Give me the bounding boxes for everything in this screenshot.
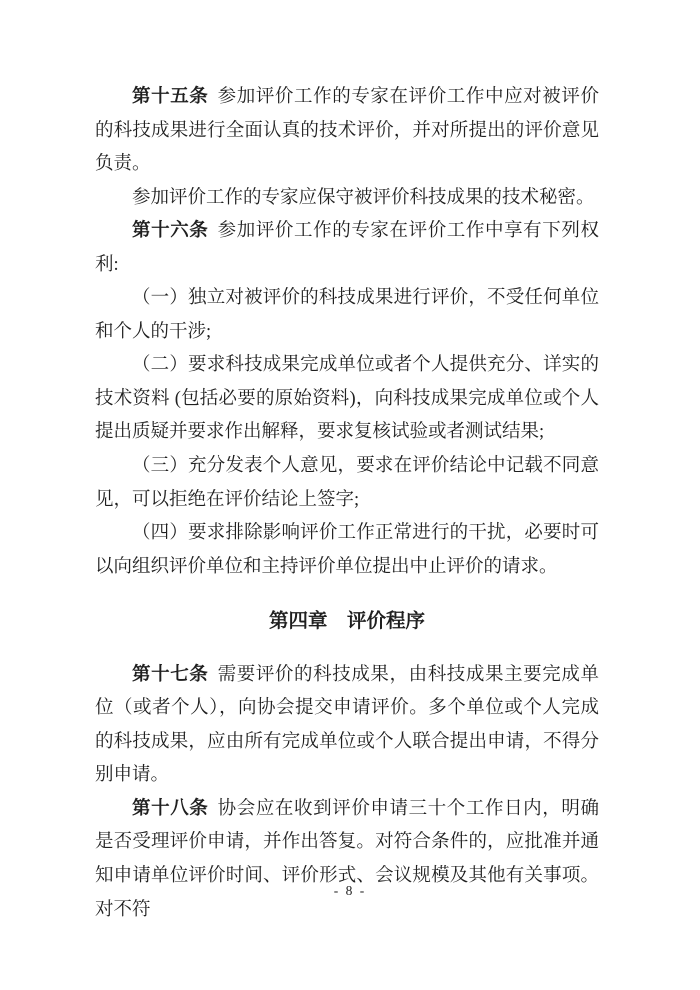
paragraph-item-4: （四）要求排除影响评价工作正常进行的干扰，必要时可以向组织评价单位和主持评价单位… bbox=[95, 517, 599, 584]
paragraph-article-16: 第十六条参加评价工作的专家在评价工作中享有下列权利: bbox=[95, 215, 599, 282]
chapter-heading: 第四章 评价程序 bbox=[95, 605, 599, 639]
paragraph-article-18: 第十八条协会应在收到评价申请三十个工作日内，明确是否受理评价申请，并作出答复。对… bbox=[95, 793, 599, 927]
paragraph-text: 参加评价工作的专家应保守被评价科技成果的技术秘密。 bbox=[132, 188, 595, 208]
paragraph-text: （四）要求排除影响评价工作正常进行的干扰，必要时可以向组织评价单位和主持评价单位… bbox=[95, 523, 599, 577]
paragraph-text: （一）独立对被评价的科技成果进行评价，不受任何单位和个人的干涉; bbox=[95, 288, 599, 342]
page-number: - 8 - bbox=[0, 882, 700, 900]
paragraph-item-1: （一）独立对被评价的科技成果进行评价，不受任何单位和个人的干涉; bbox=[95, 282, 599, 349]
article-number-15: 第十五条 bbox=[132, 87, 208, 107]
article-number-17: 第十七条 bbox=[132, 665, 208, 685]
document-body: 第十五条参加评价工作的专家在评价工作中应对被评价的科技成果进行全面认真的技术评价… bbox=[95, 81, 599, 927]
paragraph-text: （三）充分发表个人意见，要求在评价结论中记载不同意见，可以拒绝在评价结论上签字; bbox=[95, 456, 599, 510]
paragraph-item-2: （二）要求科技成果完成单位或者个人提供充分、详实的技术资料 (包括必要的原始资料… bbox=[95, 349, 599, 450]
article-number-16: 第十六条 bbox=[132, 221, 208, 241]
paragraph-item-3: （三）充分发表个人意见，要求在评价结论中记载不同意见，可以拒绝在评价结论上签字; bbox=[95, 450, 599, 517]
paragraph-text: （二）要求科技成果完成单位或者个人提供充分、详实的技术资料 (包括必要的原始资料… bbox=[95, 355, 599, 442]
paragraph-confidentiality: 参加评价工作的专家应保守被评价科技成果的技术秘密。 bbox=[95, 182, 599, 216]
document-page: 第十五条参加评价工作的专家在评价工作中应对被评价的科技成果进行全面认真的技术评价… bbox=[0, 0, 700, 990]
paragraph-article-17: 第十七条需要评价的科技成果，由科技成果主要完成单位（或者个人），向协会提交申请评… bbox=[95, 659, 599, 793]
article-number-18: 第十八条 bbox=[132, 799, 208, 819]
paragraph-article-15: 第十五条参加评价工作的专家在评价工作中应对被评价的科技成果进行全面认真的技术评价… bbox=[95, 81, 599, 182]
